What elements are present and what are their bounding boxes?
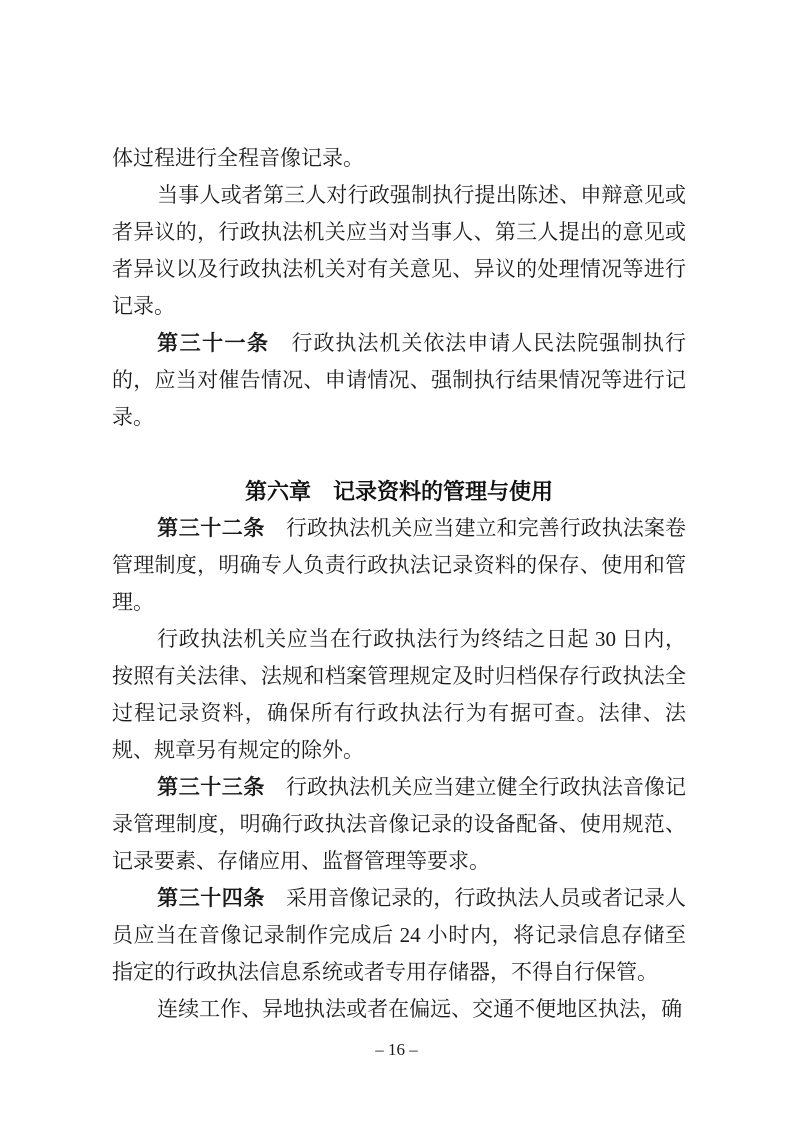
page-number: – 16 – xyxy=(0,1038,793,1062)
article-paragraph: 第三十三条 行政执法机关应当建立健全行政执法音像记录管理制度，明确行政执法音像记… xyxy=(112,769,686,880)
body-paragraph: 体过程进行全程音像记录。 xyxy=(112,140,686,177)
article-number: 第三十一条 xyxy=(157,331,269,355)
body-paragraph: 当事人或者第三人对行政强制执行提出陈述、申辩意见或者异议的，行政执法机关应当对当… xyxy=(112,177,686,325)
body-paragraph: 连续工作、异地执法或者在偏远、交通不便地区执法，确 xyxy=(112,991,686,1028)
article-paragraph: 第三十四条 采用音像记录的，行政执法人员或者记录人员应当在音像记录制作完成后 2… xyxy=(112,880,686,991)
body-paragraph: 行政执法机关应当在行政执法行为终结之日起 30 日内，按照有关法律、法规和档案管… xyxy=(112,621,686,769)
article-number: 第三十四条 xyxy=(157,886,265,910)
document-body: 体过程进行全程音像记录。当事人或者第三人对行政强制执行提出陈述、申辩意见或者异议… xyxy=(112,140,686,1028)
article-number: 第三十三条 xyxy=(157,775,265,799)
article-paragraph: 第三十一条 行政执法机关依法申请人民法院强制执行的，应当对催告情况、申请情况、强… xyxy=(112,325,686,436)
article-paragraph: 第三十二条 行政执法机关应当建立和完善行政执法案卷管理制度，明确专人负责行政执法… xyxy=(112,510,686,621)
chapter-heading: 第六章 记录资料的管理与使用 xyxy=(112,473,686,510)
article-number: 第三十二条 xyxy=(157,516,265,540)
page: 体过程进行全程音像记录。当事人或者第三人对行政强制执行提出陈述、申辩意见或者异议… xyxy=(0,0,793,1122)
